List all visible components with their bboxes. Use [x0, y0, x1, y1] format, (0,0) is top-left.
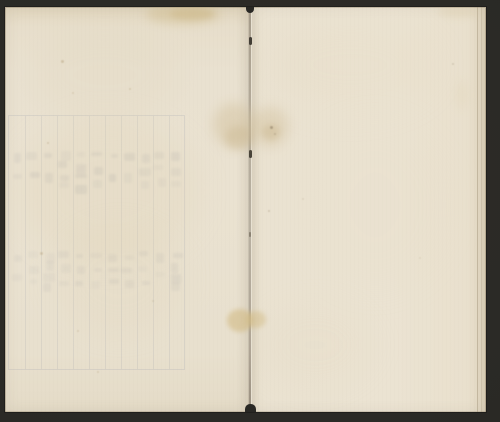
foxing-speck	[40, 252, 43, 255]
page-edge-line	[481, 7, 482, 412]
tone-patch	[30, 30, 180, 120]
bleed-smudge	[43, 283, 51, 292]
bleed-smudge	[30, 279, 37, 284]
bleed-smudge	[46, 261, 54, 271]
foxing-speck	[452, 63, 454, 65]
tone-patch	[300, 120, 450, 290]
page-fold-gutter	[249, 7, 251, 412]
foxing-speck	[270, 126, 273, 129]
book-spread	[5, 7, 486, 412]
bleed-smudge	[14, 153, 21, 163]
gutter-dash	[245, 404, 256, 412]
bleed-smudge	[43, 273, 55, 283]
foxing-speck	[77, 330, 79, 332]
foxing-speck	[274, 133, 276, 135]
tone-patch	[265, 20, 435, 110]
gutter-dash	[249, 150, 252, 158]
stain	[246, 311, 266, 328]
tone-patch	[55, 225, 185, 335]
gutter-dash	[249, 232, 251, 237]
bleed-smudge	[14, 255, 23, 262]
foxing-speck	[47, 142, 49, 144]
stain	[455, 80, 469, 110]
foxing-speck	[152, 300, 154, 302]
foxing-speck	[61, 60, 64, 63]
stain	[170, 8, 214, 20]
foxing-speck	[302, 198, 304, 200]
tone-patch	[255, 300, 375, 390]
scan-background	[0, 0, 500, 422]
foxing-speck	[419, 257, 421, 259]
foxing-speck	[72, 92, 74, 94]
bleed-smudge	[12, 274, 22, 281]
page-edge-line	[477, 7, 478, 412]
foxing-speck	[97, 371, 99, 373]
gutter-dash	[249, 37, 252, 45]
foxing-speck	[129, 88, 131, 90]
bleed-smudge	[29, 266, 39, 274]
bleed-smudge	[28, 251, 38, 257]
foxing-speck	[268, 210, 270, 212]
stain	[225, 126, 253, 150]
